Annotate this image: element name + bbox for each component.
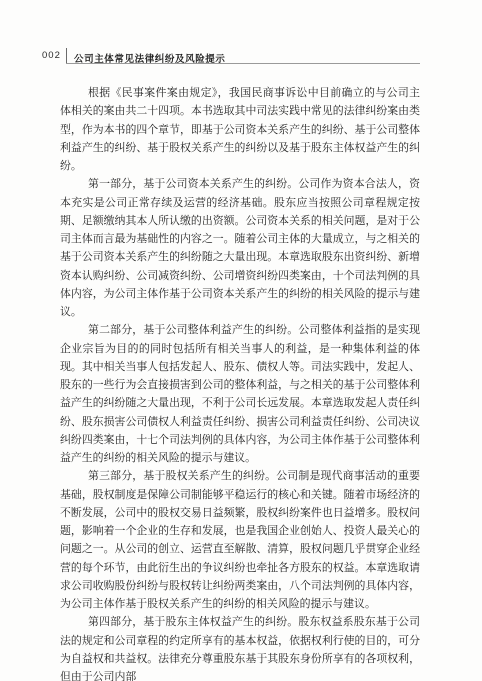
paragraph-part-one: 第一部分，基于公司资本关系产生的纠纷。公司作为资本合法人，资本充实是公司正常存续…: [60, 175, 420, 321]
page-body: 根据《民事案件案由规定》，我国民商事诉讼中目前确立的与公司主体相关的案由共二十四…: [60, 84, 420, 681]
paragraph-part-three: 第三部分，基于股权关系产生的纠纷。公司制是现代商事活动的重要基础，股权制度是保障…: [60, 467, 420, 613]
paragraph-part-two: 第二部分，基于公司整体利益产生的纠纷。公司整体利益指的是实现企业宗旨为目的的同时…: [60, 321, 420, 467]
paragraph-intro: 根据《民事案件案由规定》，我国民商事诉讼中目前确立的与公司主体相关的案由共二十四…: [60, 84, 420, 175]
book-page: 002 公司主体常见法律纠纷及风险提示 根据《民事案件案由规定》，我国民商事诉讼…: [0, 0, 482, 681]
paragraph-part-four: 第四部分，基于股东主体权益产生的纠纷。股东权益系股东基于公司法的规定和公司章程的…: [60, 613, 420, 681]
header-rule: [66, 63, 420, 64]
page-number: 002: [42, 50, 61, 61]
running-header: 002 公司主体常见法律纠纷及风险提示: [42, 48, 420, 64]
header-divider-bar: [66, 48, 67, 64]
